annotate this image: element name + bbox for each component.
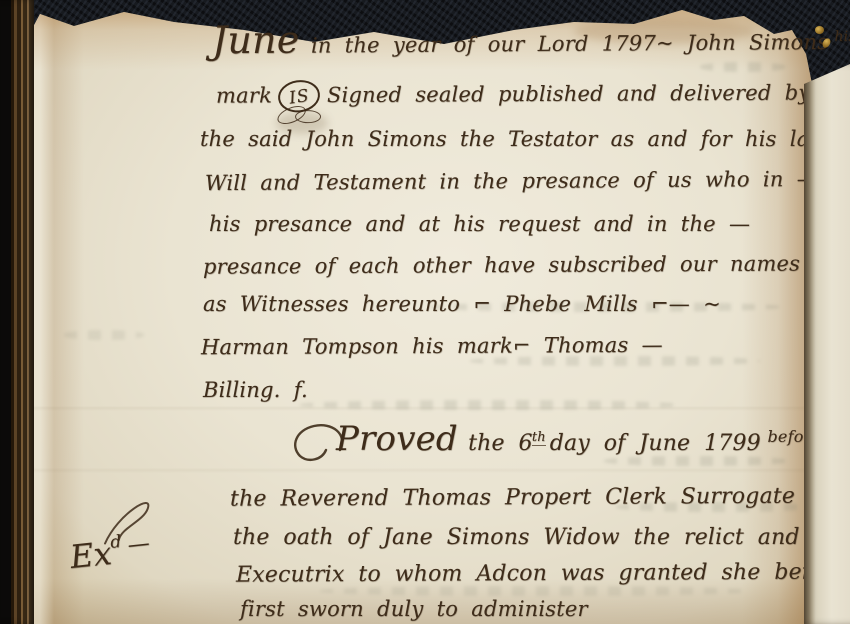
testator-mark: IS xyxy=(276,77,323,115)
probate-line-5: first sworn duly to administer xyxy=(240,597,588,621)
brass-clasp-speck xyxy=(815,26,824,34)
probate-lead-word: Proved xyxy=(336,419,458,459)
attestation-line-9-witnesses: Billing. f. xyxy=(203,378,308,402)
attestation-line-5: his presance and at his request and in t… xyxy=(209,212,750,236)
attestation-line-7-witnesses: as Witnesses hereunto ⌐ Phebe Mills ⌐— ~ xyxy=(203,292,721,316)
flourish-decoration xyxy=(90,489,165,546)
probate-line-1: Provedthe 6thday of June 1799before— xyxy=(288,420,850,464)
attestation-line-6: presance of each other have subscribed o… xyxy=(203,251,835,278)
margin-note-exd: Exd— xyxy=(68,529,152,576)
line-text: the 6 xyxy=(468,431,533,456)
facing-page-sliver xyxy=(804,64,850,624)
ordinal-superscript: th xyxy=(532,430,546,446)
raised-word: his xyxy=(834,29,850,45)
line-text: mark xyxy=(216,83,272,107)
line-text: Signed sealed published and delivered by… xyxy=(327,80,845,107)
attestation-line-3: the said John Simons the Testator as and… xyxy=(200,127,850,151)
probate-line-2: the Reverend Thomas Propert Clerk Surrog… xyxy=(230,483,850,511)
binding-edge xyxy=(0,0,34,624)
line-text: in the year of our Lord 1797~ John Simon… xyxy=(311,30,828,58)
handwritten-text: Junein the year of our Lord 1797~ John S… xyxy=(0,0,850,624)
line-text: day of June 1799 xyxy=(550,431,761,456)
attestation-line-2: markISSigned sealed published and delive… xyxy=(216,77,850,112)
opening-word: June xyxy=(212,18,300,63)
attestation-line-4: Will and Testament in the presance of us… xyxy=(205,167,818,195)
attestation-line-1: Junein the year of our Lord 1797~ John S… xyxy=(212,26,850,59)
manuscript-photo: Junein the year of our Lord 1797~ John S… xyxy=(0,0,850,624)
attestation-line-8-witnesses: Harman Tompson his mark⌐ Thomas — xyxy=(201,333,663,359)
probate-line-4: Executrix to whom Adcon was granted she … xyxy=(236,559,850,587)
probate-line-3: the oath of Jane Simons Widow the relict… xyxy=(233,525,850,550)
mark-initials: IS xyxy=(288,86,311,109)
